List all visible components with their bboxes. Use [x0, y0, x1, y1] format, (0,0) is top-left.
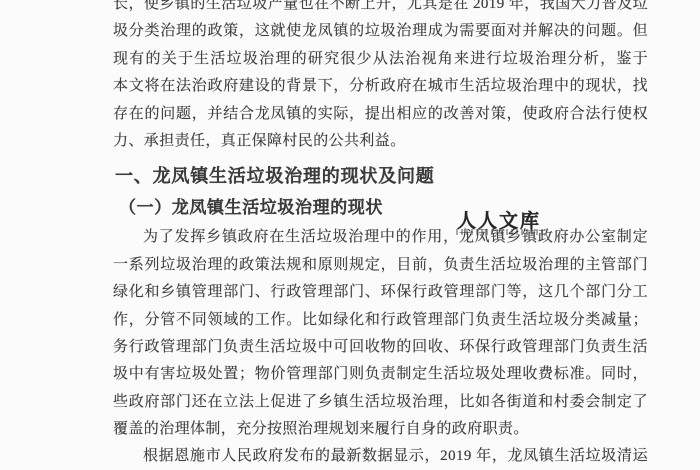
text-line: 根据恩施市人民政府发布的最新数据显示，2019 年，龙凤镇生活垃圾清运量 [113, 443, 648, 470]
text-line: 绿化和乡镇管理部门、行政管理部门、环保行政管理部门等，这几个部门分工协 [113, 279, 648, 306]
text-line: 现有的关于生活垃圾治理的研究很少从法治视角来进行垃圾治理分析，鉴于此， [113, 46, 648, 73]
text-line: 存在的问题，并结合龙凤镇的实际，提出相应的改善对策，使政府合法行使权 [113, 101, 648, 128]
text-line: 覆盖的治理体制，充分按照治理规划来履行自身的政府职责。 [113, 416, 648, 443]
text-line: 些政府部门还在立法上促进了乡镇生活垃圾治理，比如各街道和村委会制定了全 [113, 389, 648, 416]
text-line: 力、承担责任，真正保障村民的公共利益。 [113, 128, 648, 155]
text-line: 圾中有害垃圾处置；物价管理部门则负责制定生活垃圾处理收费标准。同时，这 [113, 361, 648, 388]
text-line: 为了发挥乡镇政府在生活垃圾治理中的作用，龙凤镇乡镇政府办公室制定了 [113, 224, 648, 251]
text-line: 本文将在法治政府建设的背景下，分析政府在城市生活垃圾治理中的现状，找出 [113, 73, 648, 100]
paragraph-status: 为了发挥乡镇政府在生活垃圾治理中的作用，龙凤镇乡镇政府办公室制定了 一系列垃圾治… [113, 224, 648, 443]
subsection-heading: （一）龙凤镇生活垃圾治理的现状 [119, 194, 648, 222]
text-line: 务行政管理部门负责生活垃圾中可回收物的回收、环保行政管理部门负责生活垃 [113, 334, 648, 361]
text-line: 长，使乡镇的生活垃圾产量也在不断上升，尤其是在 2019 年，我国大力普及垃 [113, 0, 648, 18]
section-heading: 一、龙凤镇生活垃圾治理的现状及问题 [115, 161, 648, 191]
document-page: 长，使乡镇的生活垃圾产量也在不断上升，尤其是在 2019 年，我国大力普及垃 圾… [113, 0, 648, 470]
paragraph-data: 根据恩施市人民政府发布的最新数据显示，2019 年，龙凤镇生活垃圾清运量 [113, 443, 648, 470]
text-line: 作，分管不同领域的工作。比如绿化和行政管理部门负责生活垃圾分类减量；商 [113, 307, 648, 334]
paragraph-intro: 长，使乡镇的生活垃圾产量也在不断上升，尤其是在 2019 年，我国大力普及垃 圾… [113, 0, 648, 155]
text-line: 一系列垃圾治理的政策法规和原则规定，目前，负责生活垃圾治理的主管部门有 [113, 252, 648, 279]
text-line: 圾分类治理的政策，这就使龙凤镇的垃圾治理成为需要面对并解决的问题。但是 [113, 18, 648, 45]
